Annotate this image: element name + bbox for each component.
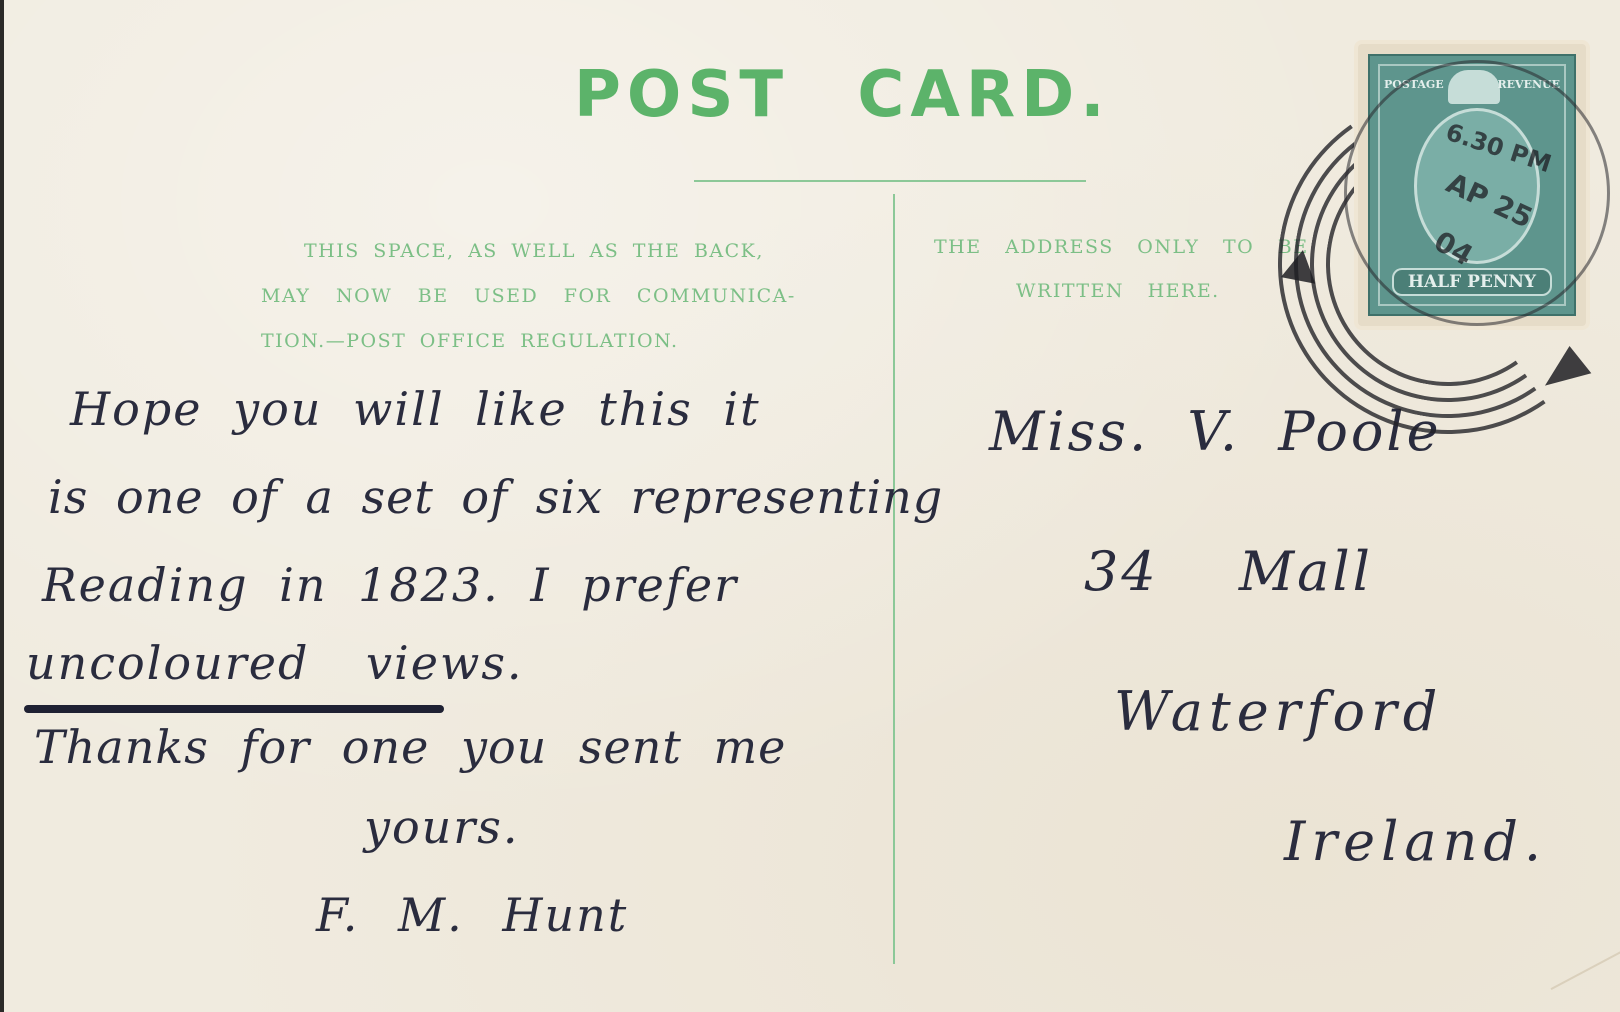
message-line: Hope you will like this it	[70, 382, 761, 436]
address-notice-line-1: THE ADDRESS ONLY TO BE	[934, 236, 1309, 258]
heading-rule	[694, 180, 1086, 182]
message-closing: yours.	[364, 800, 520, 854]
address-country: Ireland.	[1284, 810, 1547, 873]
center-divider	[893, 194, 895, 964]
postcard-back: POST CARD. THIS SPACE, AS WELL AS THE BA…	[4, 0, 1620, 1012]
postcard-heading: POST CARD.	[574, 58, 1111, 132]
paper-crease	[1551, 932, 1620, 990]
communication-notice-line-3: TION.—POST OFFICE REGULATION.	[261, 330, 679, 352]
message-line: is one of a set of six representing	[48, 470, 943, 524]
message-signature: F. M. Hunt	[316, 888, 628, 942]
message-line: Reading in 1823. I prefer	[42, 558, 738, 612]
handwritten-underline	[24, 705, 444, 713]
address-notice-line-2: WRITTEN HERE.	[1016, 280, 1220, 302]
address-city: Waterford	[1114, 680, 1443, 743]
address-street: 34 Mall	[1084, 540, 1373, 603]
message-line: uncoloured views.	[26, 636, 524, 690]
communication-notice-line-2: MAY NOW BE USED FOR COMMUNICA-	[261, 285, 796, 307]
message-line: Thanks for one you sent me	[34, 720, 786, 774]
communication-notice-line-1: THIS SPACE, AS WELL AS THE BACK,	[304, 240, 764, 262]
